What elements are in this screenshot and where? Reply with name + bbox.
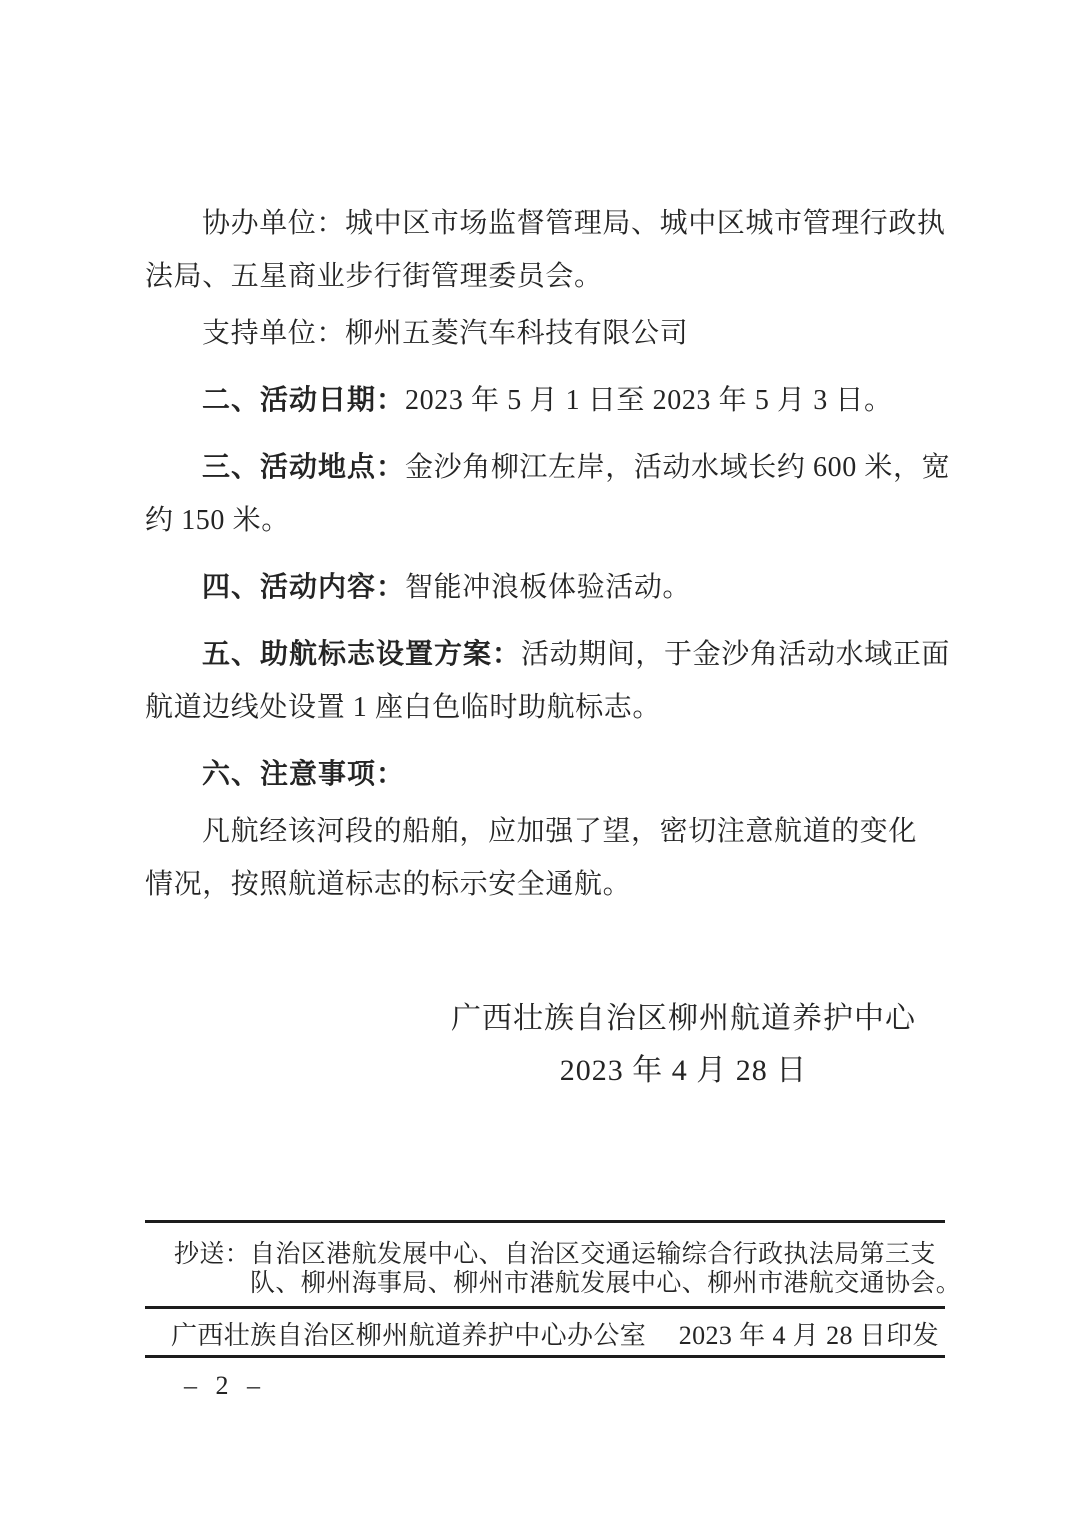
footer-divider-middle [145,1306,945,1309]
text-line: 航道边线处设置 1 座白色临时助航标志。 [145,681,945,734]
text-line: 四、活动内容：智能冲浪板体验活动。 [145,560,945,614]
body-text: 情况，按照航道标志的标示安全通航。 [145,869,631,900]
body-text: 智能冲浪板体验活动。 [405,572,691,603]
text-line: 法局、五星商业步行街管理委员会。 [145,250,945,303]
section-heading-text: 五、助航标志设置方案： [202,638,521,669]
body-text: 金沙角柳江左岸，活动水域长约 600 米，宽 [405,452,950,483]
cc-line: 自治区港航发展中心、自治区交通运输综合行政执法局第三支 [250,1240,964,1269]
text-line: 二、活动日期：2023 年 5 月 1 日至 2023 年 5 月 3 日。 [145,373,945,427]
issue-date: 2023 年 4 月 28 日印发 [679,1319,939,1353]
paragraph: 凡航经该河段的船舶，应加强了望，密切注意航道的变化情况，按照航道标志的标示安全通… [145,805,945,911]
text-line: 六、注意事项： [145,747,945,801]
paragraph: 协办单位：城中区市场监督管理局、城中区城市管理行政执法局、五星商业步行街管理委员… [145,197,945,303]
text-line: 五、助航标志设置方案：活动期间，于金沙角活动水域正面 [145,627,945,681]
body-text: 支持单位：柳州五菱汽车科技有限公司 [202,318,688,349]
document-body: 协办单位：城中区市场监督管理局、城中区城市管理行政执法局、五星商业步行街管理委员… [145,197,945,911]
cc-recipients: 自治区港航发展中心、自治区交通运输综合行政执法局第三支队、柳州海事局、柳州市港航… [250,1240,964,1298]
section-heading-text: 三、活动地点： [202,451,405,482]
colophon-row: 广西壮族自治区柳州航道养护中心办公室 2023 年 4 月 28 日印发 [145,1319,945,1353]
body-text: 协办单位：城中区市场监督管理局、城中区城市管理行政执 [202,208,946,239]
document-page: 协办单位：城中区市场监督管理局、城中区城市管理行政执法局、五星商业步行街管理委员… [0,0,1080,1527]
signature-block: 广西壮族自治区柳州航道养护中心 2023 年 4 月 28 日 [451,993,916,1097]
paragraph: 五、助航标志设置方案：活动期间，于金沙角活动水域正面航道边线处设置 1 座白色临… [145,627,945,734]
signature-date: 2023 年 4 月 28 日 [451,1045,916,1097]
footer-divider-bottom [145,1355,945,1358]
text-line: 约 150 米。 [145,494,945,547]
section-heading-text: 二、活动日期： [202,384,405,415]
body-text: 凡航经该河段的船舶，应加强了望，密切注意航道的变化 [202,816,917,847]
paragraph: 二、活动日期：2023 年 5 月 1 日至 2023 年 5 月 3 日。 [145,373,945,427]
paragraph: 四、活动内容：智能冲浪板体验活动。 [145,560,945,614]
section-heading-text: 四、活动内容： [202,571,405,602]
body-text: 2023 年 5 月 1 日至 2023 年 5 月 3 日。 [405,385,893,416]
text-line: 协办单位：城中区市场监督管理局、城中区城市管理行政执 [145,197,945,250]
paragraph: 支持单位：柳州五菱汽车科技有限公司 [145,307,945,360]
page-number: – 2 – [184,1369,266,1403]
paragraph: 六、注意事项： [145,747,945,801]
body-text: 法局、五星商业步行街管理委员会。 [145,261,603,292]
section-heading-text: 六、注意事项： [202,758,405,789]
footer-divider-top [145,1220,945,1223]
issuing-office: 广西壮族自治区柳州航道养护中心办公室 [171,1319,646,1353]
paragraph: 三、活动地点：金沙角柳江左岸，活动水域长约 600 米，宽约 150 米。 [145,440,945,547]
body-text: 活动期间，于金沙角活动水域正面 [521,639,950,670]
body-text: 约 150 米。 [145,505,290,536]
text-line: 凡航经该河段的船舶，应加强了望，密切注意航道的变化 [145,805,945,858]
cc-line: 队、柳州海事局、柳州市港航发展中心、柳州市港航交通协会。 [250,1269,964,1298]
signature-organization: 广西壮族自治区柳州航道养护中心 [451,993,916,1045]
cc-section: 抄送： 自治区港航发展中心、自治区交通运输综合行政执法局第三支队、柳州海事局、柳… [174,1240,964,1298]
cc-label: 抄送： [174,1240,250,1298]
body-text: 航道边线处设置 1 座白色临时助航标志。 [145,692,661,723]
text-line: 三、活动地点：金沙角柳江左岸，活动水域长约 600 米，宽 [145,440,945,494]
text-line: 情况，按照航道标志的标示安全通航。 [145,858,945,911]
text-line: 支持单位：柳州五菱汽车科技有限公司 [145,307,945,360]
